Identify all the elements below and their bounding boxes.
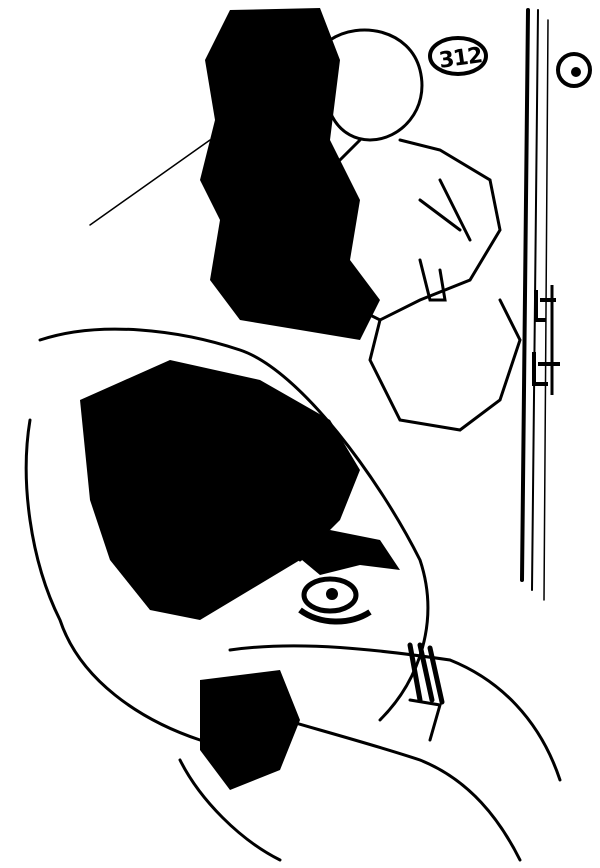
staring-eye-icon: [300, 579, 370, 622]
page-number-text: 312: [437, 43, 483, 74]
ink-illustration: [0, 0, 600, 868]
shadow-mass: [80, 8, 380, 790]
door-knob-icon: [558, 54, 590, 86]
door-hinges: [534, 285, 560, 395]
page-number-badge: 312: [428, 36, 492, 80]
